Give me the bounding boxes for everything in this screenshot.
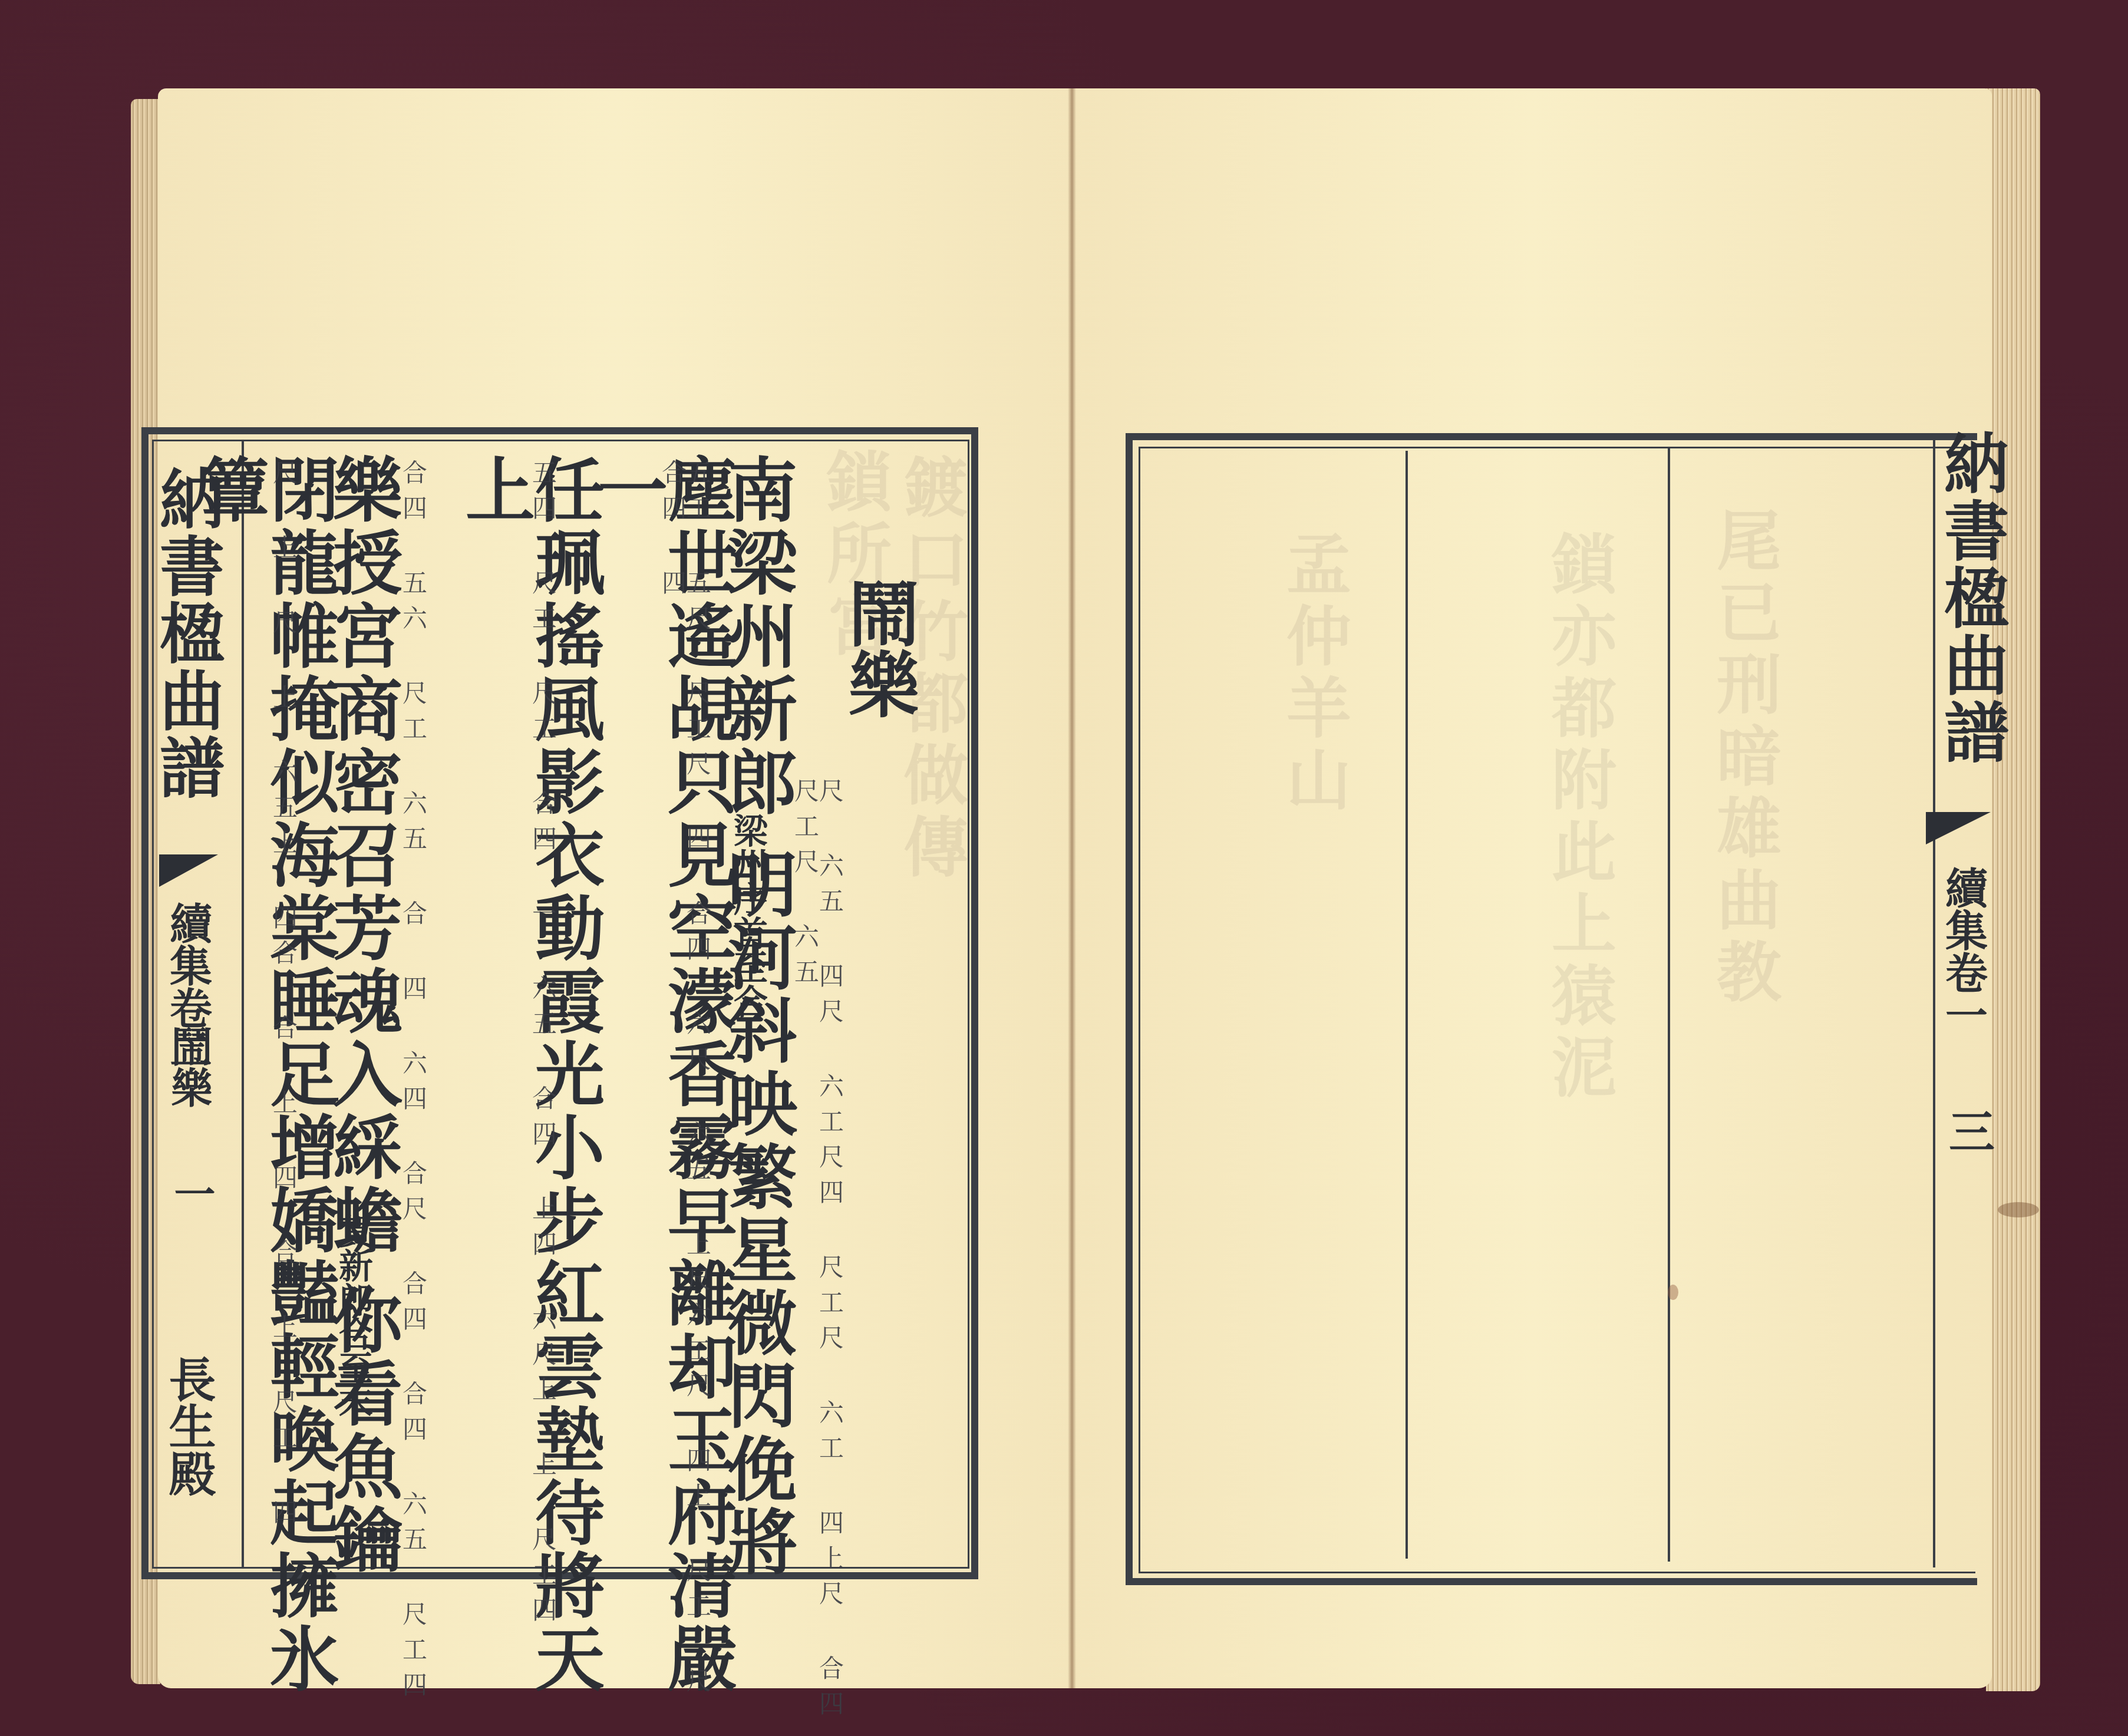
gongche-notation: 五四 尺工 尺工 合四 一 六五 合四 上四 六尺上 上 尺工四 bbox=[530, 460, 555, 1632]
gongche-notation: 尺 上 尺 上 六五上 四合 合 上 四 合 上 尺工 四 bbox=[271, 460, 296, 1534]
paper-stain bbox=[1998, 1202, 2039, 1217]
fishtail-mark-icon bbox=[1926, 812, 1991, 844]
right-page-inner-frame bbox=[1139, 447, 1975, 1573]
gongche-notation: 五工 五尺 尺工尺 四 合四 六尺 六五 上尺六工尺 四上 尺工 尺 合四 四 bbox=[660, 460, 710, 1736]
gongche-notation: 合四 五六 尺工 六五 合 四 六四 合尺 合四 合四 六五 尺工四 bbox=[401, 460, 425, 1707]
right-page-edge-stack bbox=[1986, 88, 2040, 1691]
book-gutter bbox=[1068, 88, 1076, 1688]
gongche-notation: 尺 六五 四尺 六工尺四 尺工尺 六工 四上尺 合四 尺工尺 六五 bbox=[793, 778, 842, 1736]
lyric-column-5: 閉龍帷掩似海棠睡足增嬌豔輕喚起擁氷簟 bbox=[194, 454, 334, 1736]
column-rule bbox=[1668, 448, 1670, 1562]
aria-title: 鬧樂 bbox=[843, 577, 913, 719]
block-heart-volume: 續集卷一 bbox=[1942, 866, 1984, 1036]
column-rule bbox=[1406, 451, 1408, 1559]
paper-stain bbox=[1668, 1285, 1678, 1300]
block-heart-page-number: 三 bbox=[1945, 1108, 1991, 1154]
block-heart-book-title: 納書楹曲譜 bbox=[1939, 430, 2004, 766]
